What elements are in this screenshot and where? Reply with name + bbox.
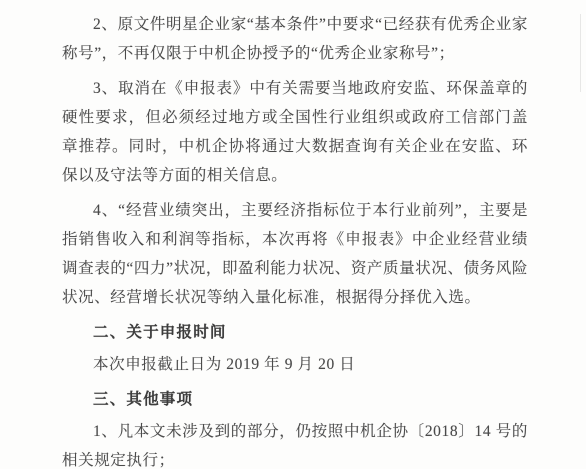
paragraph-point-3: 3、取消在《申报表》中有关需要当地政府安监、环保盖章的硬性要求，但必须经过地方或… xyxy=(62,74,528,190)
paragraph-point-4: 4、“经营业绩突出，主要经济指标位于本行业前列”，主要是指销售收入和利润等指标，… xyxy=(62,196,528,312)
section-heading-other-matters: 三、其他事项 xyxy=(62,385,528,414)
scan-edge-artifact xyxy=(580,14,581,92)
document-page: 2、原文件明星企业家“基本条件”中要求“已经获有优秀企业家称号”，不再仅限于中机… xyxy=(0,0,586,469)
paragraph-point-2: 2、原文件明星企业家“基本条件”中要求“已经获有优秀企业家称号”，不再仅限于中机… xyxy=(62,10,528,68)
section-heading-application-time: 二、关于申报时间 xyxy=(62,318,528,347)
paragraph-deadline: 本次申报截止日为 2019 年 9 月 20 日 xyxy=(62,350,528,379)
paragraph-other-matters-1: 1、凡本文未涉及到的部分，仍按照中机企协〔2018〕14 号的相关规定执行； xyxy=(62,417,528,469)
